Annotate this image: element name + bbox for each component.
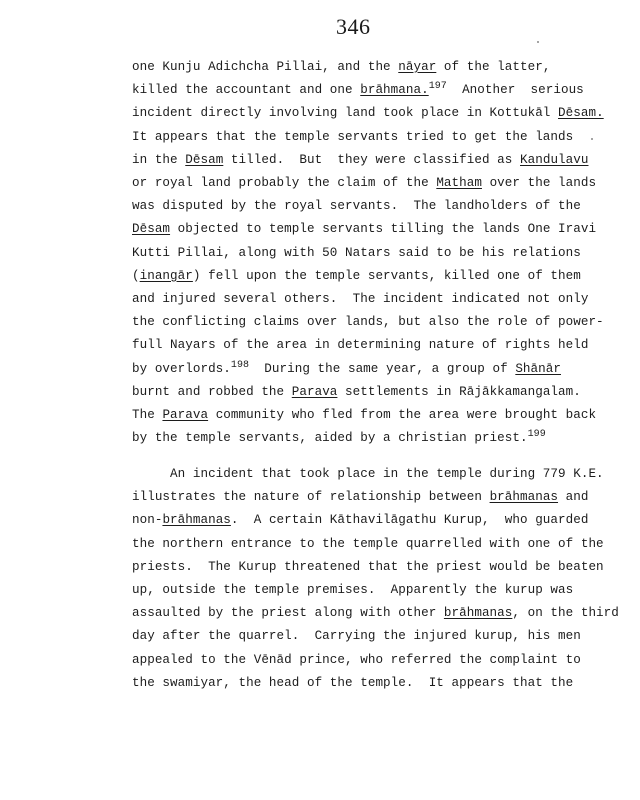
underlined-term: Shānār [515,362,561,376]
underlined-term: Dēsam [132,222,170,236]
underlined-term: Matham [436,176,482,190]
text-line: An incident that took place in the templ… [132,467,604,481]
underlined-term: brāhmana. [360,83,428,97]
text-line: (inangār) fell upon the temple servants,… [132,269,581,283]
text-line: incident directly involving land took pl… [132,106,604,120]
scan-speck [591,138,593,140]
underlined-term: brāhmanas [490,490,558,504]
text-line: the northern entrance to the temple quar… [132,537,604,551]
text-line: the swamiyar, the head of the temple. It… [132,676,573,690]
text-line: appealed to the Vēnād prince, who referr… [132,653,581,667]
text-line: burnt and robbed the Parava settlements … [132,385,581,399]
underlined-term: Dēsam. [558,106,604,120]
text-line: in the Dēsam tilled. But they were class… [132,153,588,167]
text-line: It appears that the temple servants trie… [132,130,573,144]
text-line: was disputed by the royal servants. The … [132,199,581,213]
text-line: The Parava community who fled from the a… [132,408,596,422]
underlined-term: Parava [162,408,208,422]
underlined-term: Parava [292,385,338,399]
text-line: by overlords.198 During the same year, a… [132,362,561,376]
underlined-term: inangār [140,269,193,283]
text-line: and injured several others. The incident… [132,292,588,306]
underlined-term: Dēsam [185,153,223,167]
text-line: full Nayars of the area in determining n… [132,338,588,352]
footnote-ref: 197 [429,81,447,92]
footnote-ref: 199 [528,429,546,440]
text-line: illustrates the nature of relationship b… [132,490,588,504]
text-line: or royal land probably the claim of the … [132,176,596,190]
scan-speck [537,41,539,43]
text-line: priests. The Kurup threatened that the p… [132,560,604,574]
footnote-ref: 198 [231,360,249,371]
text-line: killed the accountant and one brāhmana.1… [132,83,584,97]
text-line: assaulted by the priest along with other… [132,606,619,620]
text-line: one Kunju Adichcha Pillai, and the nāyar… [132,60,550,74]
text-line: up, outside the temple premises. Apparen… [132,583,573,597]
underlined-term: nāyar [398,60,436,74]
text-line: by the temple servants, aided by a chris… [132,431,546,445]
text-line: non-brāhmanas. A certain Kāthavilāgathu … [132,513,588,527]
underlined-term: brāhmanas [444,606,512,620]
text-line: Kutti Pillai, along with 50 Natars said … [132,246,581,260]
underlined-term: brāhmanas [162,513,230,527]
text-line: Dēsam objected to temple servants tillin… [132,222,596,236]
underlined-term: Kandulavu [520,153,588,167]
text-line: the conflicting claims over lands, but a… [132,315,604,329]
text-line: day after the quarrel. Carrying the inju… [132,629,581,643]
page-number: 346 [336,14,371,40]
